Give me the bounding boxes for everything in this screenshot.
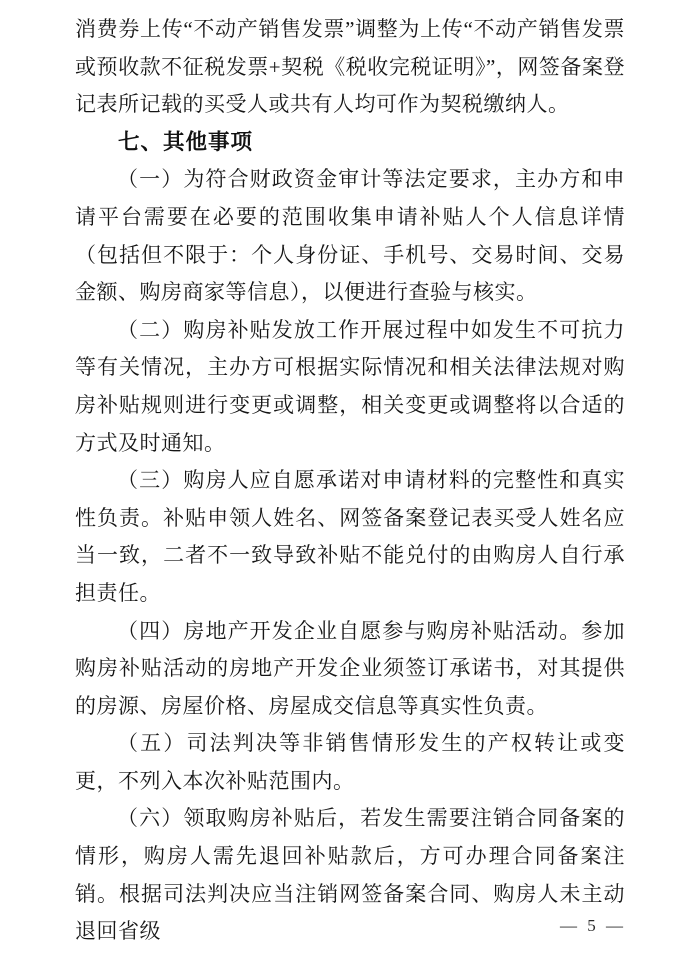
document-page: 消费券上传“不动产销售发票”调整为上传“不动产销售发票或预收款不征税发票+契税《…	[0, 0, 696, 966]
page-number-footer: — 5 —	[560, 916, 626, 936]
paragraph-item-6: （六）领取购房补贴后，若发生需要注销合同备案的情形，购房人需先退回补贴款后，方可…	[75, 800, 625, 950]
paragraph-item-1: （一）为符合财政资金审计等法定要求，主办方和申请平台需要在必要的范围收集申请补贴…	[75, 161, 625, 311]
section-heading-other-matters: 七、其他事项	[75, 124, 625, 162]
paragraph-item-4: （四）房地产开发企业自愿参与购房补贴活动。参加购房补贴活动的房地产开发企业须签订…	[75, 613, 625, 726]
paragraph-item-3: （三）购房人应自愿承诺对申请材料的完整性和真实性负责。补贴申领人姓名、网签备案登…	[75, 462, 625, 612]
paragraph-item-2: （二）购房补贴发放工作开展过程中如发生不可抗力等有关情况，主办方可根据实际情况和…	[75, 312, 625, 462]
paragraph-continuation: 消费券上传“不动产销售发票”调整为上传“不动产销售发票或预收款不征税发票+契税《…	[75, 11, 625, 124]
paragraph-item-5: （五）司法判决等非销售情形发生的产权转让或变更，不列入本次补贴范围内。	[75, 725, 625, 800]
document-body: 消费券上传“不动产销售发票”调整为上传“不动产销售发票或预收款不征税发票+契税《…	[75, 11, 625, 951]
